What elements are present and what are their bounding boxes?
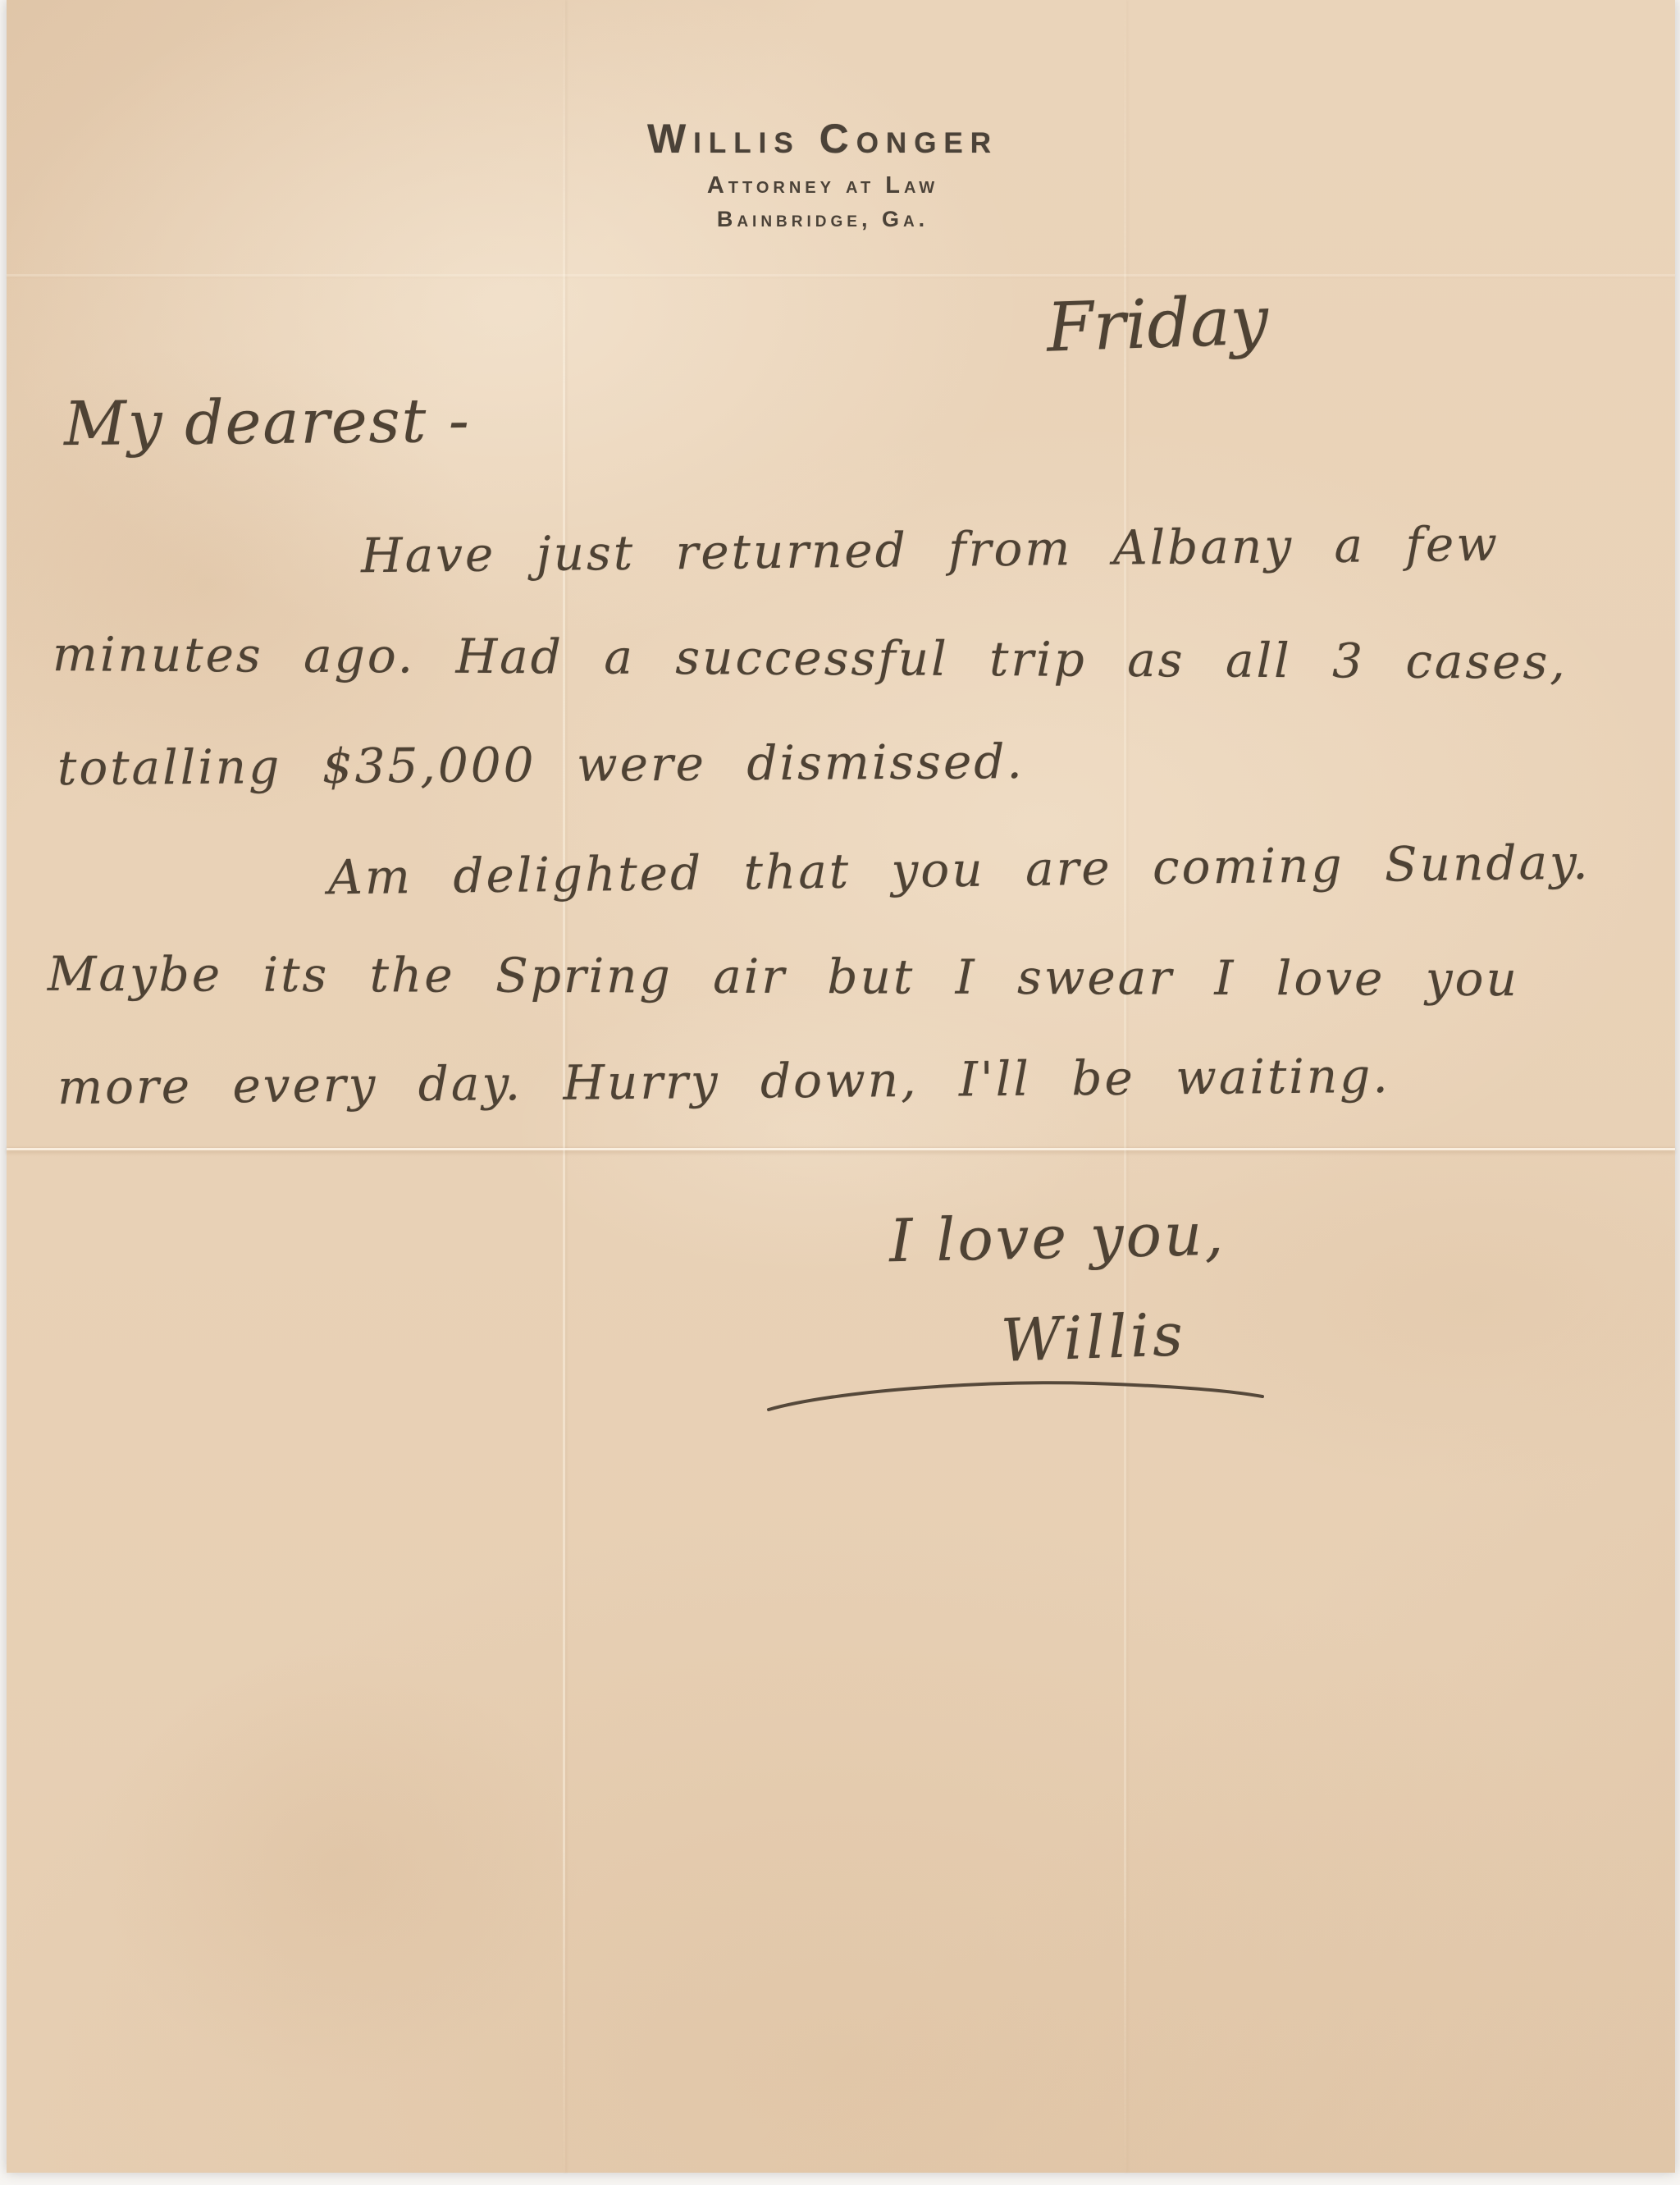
- closing-line: I love you,: [888, 1200, 1226, 1276]
- body-line: minutes ago. Had a successful trip as al…: [52, 626, 1568, 690]
- body-line: totalling $35,000 were dismissed.: [57, 734, 1025, 796]
- date-line: Friday: [1045, 281, 1269, 367]
- signature-name: Willis: [1000, 1300, 1188, 1375]
- letterhead-location: Bainbridge, Ga.: [0, 207, 1657, 232]
- body-line: Am delighted that you are coming Sunday.: [328, 834, 1591, 906]
- salutation: My dearest -: [64, 386, 472, 459]
- body-line: more every day. Hurry down, I'll be wait…: [57, 1048, 1390, 1115]
- letterhead-name: Willis Conger: [0, 115, 1657, 162]
- signature-flourish: [765, 1372, 1274, 1421]
- letterhead-title: Attorney at Law: [0, 172, 1657, 199]
- letterhead: Willis Conger Attorney at Law Bainbridge…: [0, 115, 1657, 232]
- fold-line-horizontal-top: [7, 274, 1675, 277]
- body-line: Have just returned from Albany a few: [361, 516, 1500, 584]
- fold-line-horizontal-main: [7, 1148, 1675, 1150]
- letter-paper: Willis Conger Attorney at Law Bainbridge…: [7, 0, 1675, 2173]
- body-line: Maybe its the Spring air but I swear I l…: [48, 946, 1519, 1007]
